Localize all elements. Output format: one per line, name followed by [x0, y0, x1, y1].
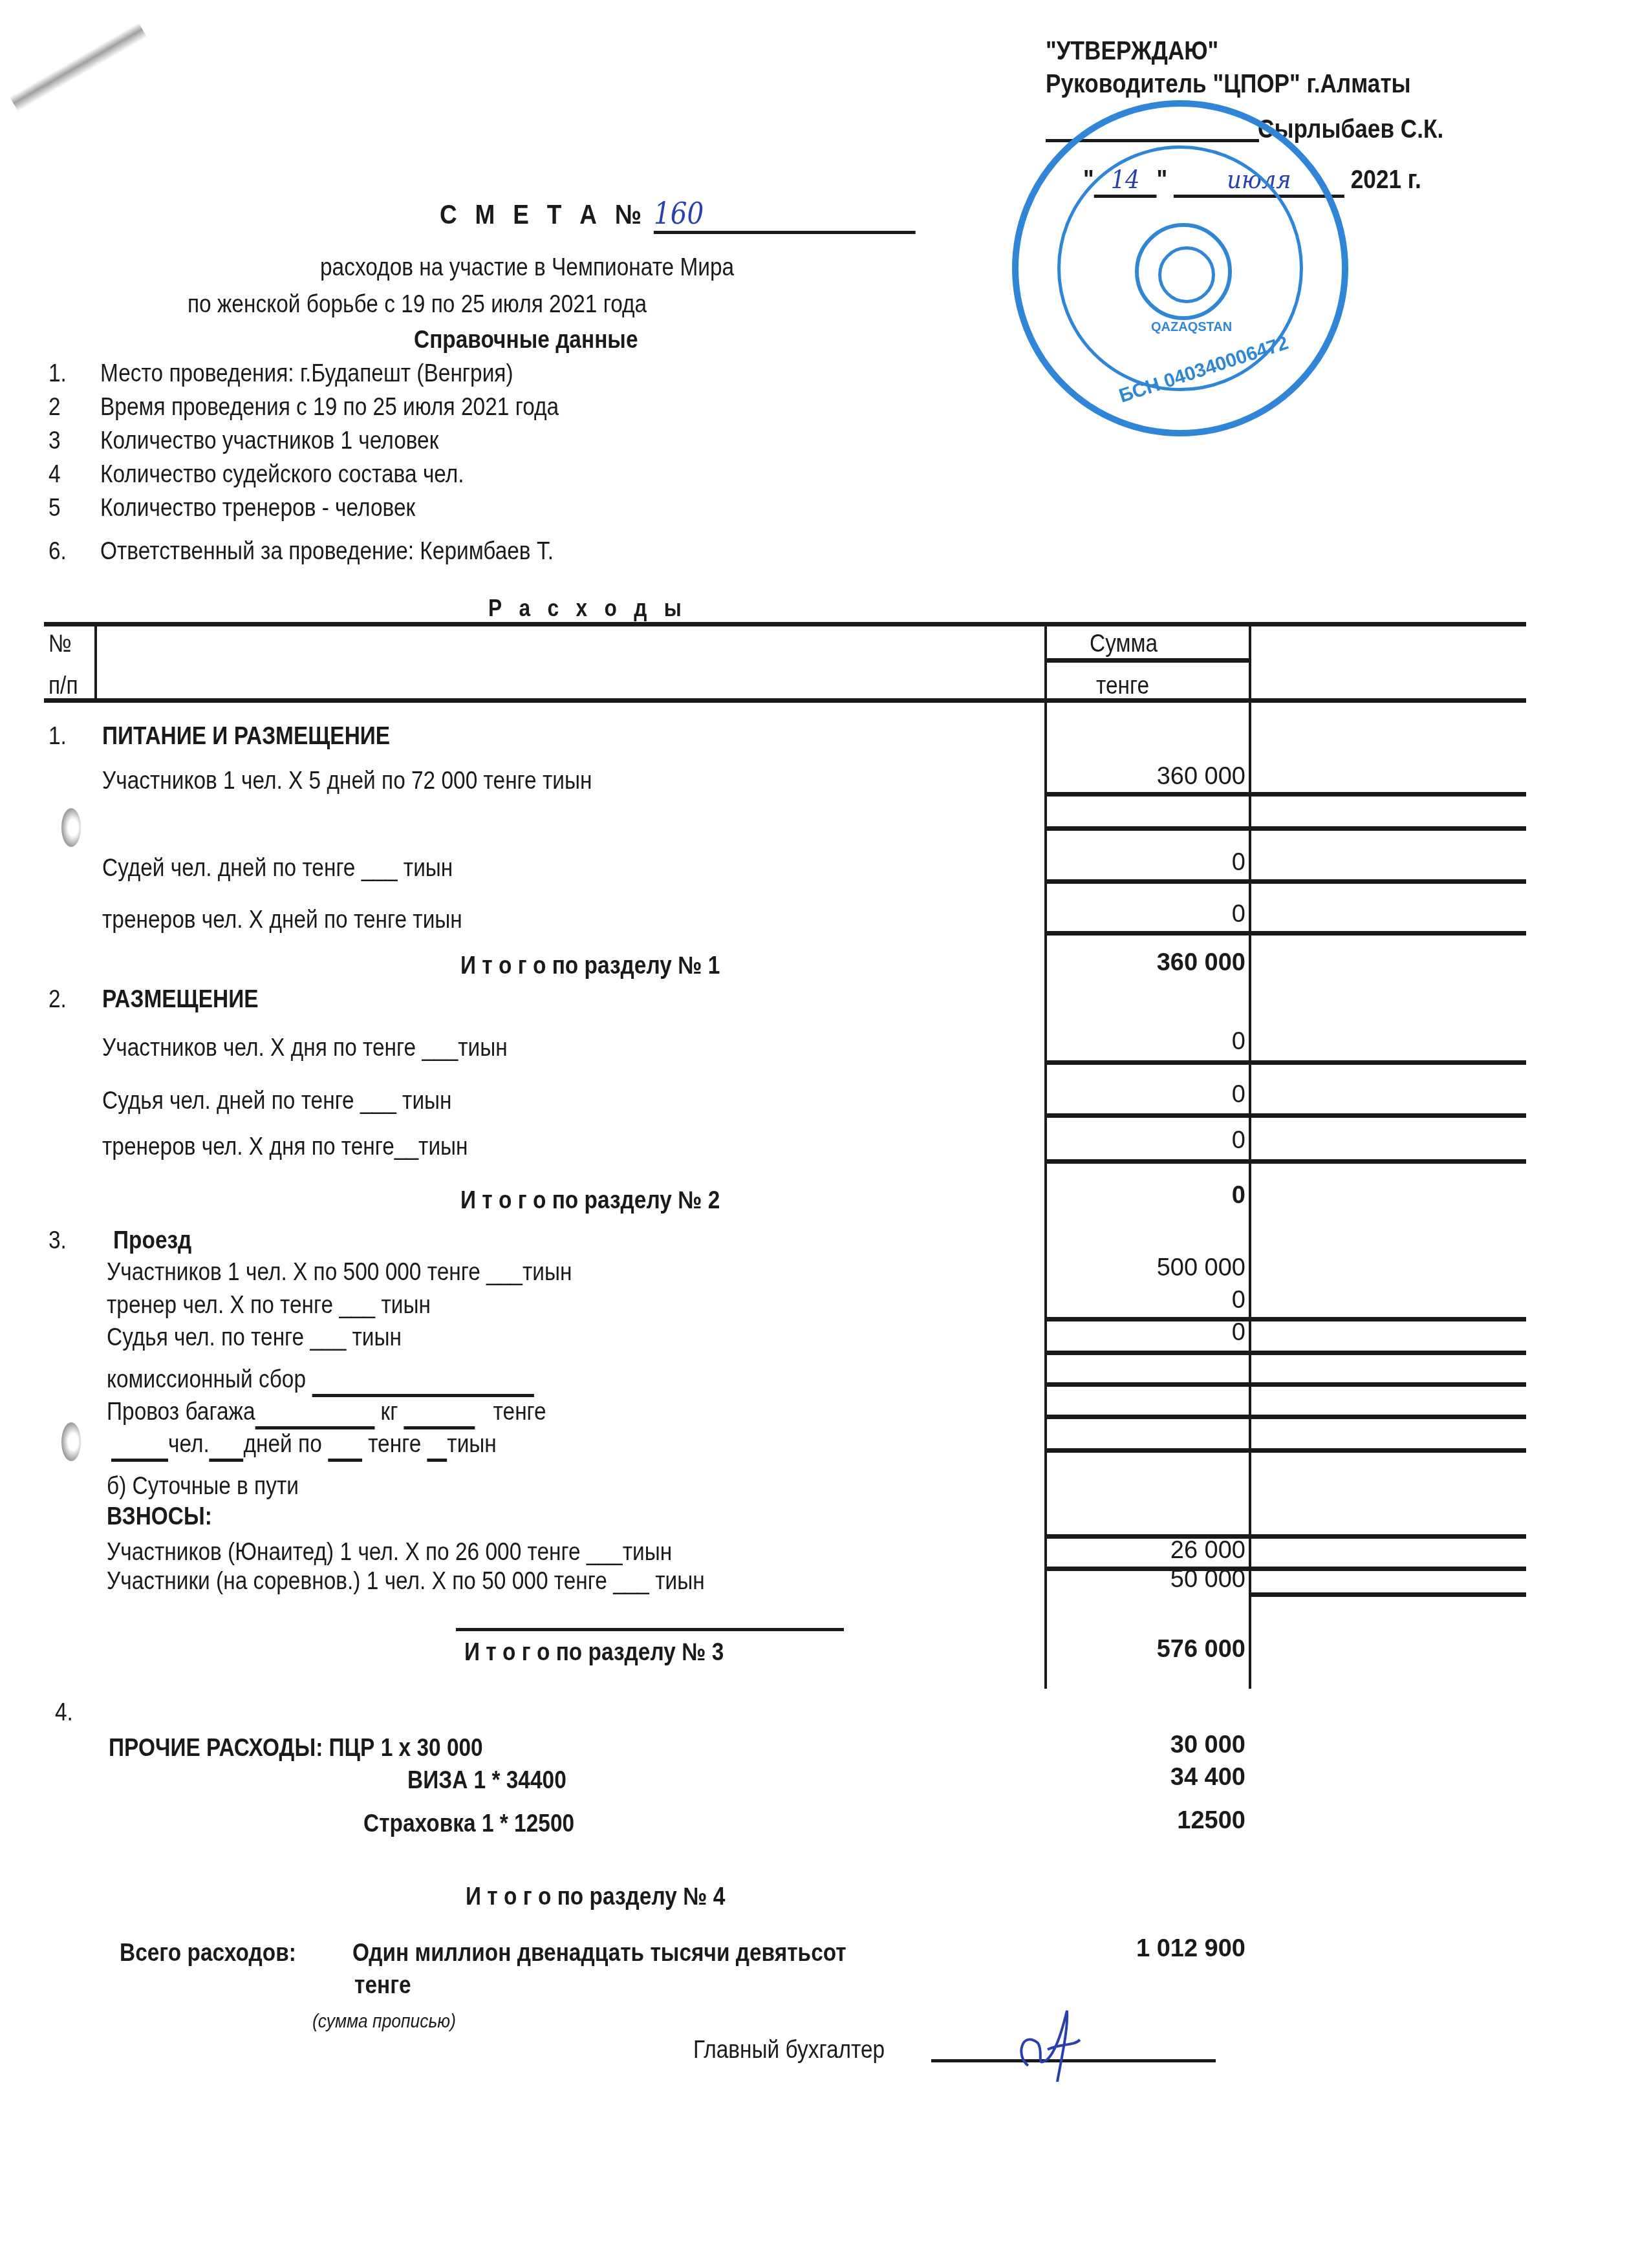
col-sum-label: Сумма: [1090, 630, 1158, 658]
signature-icon: [1009, 2004, 1099, 2088]
col-num-label: №: [48, 630, 72, 658]
row-amount: 0: [1232, 1028, 1245, 1056]
row-amount: 0: [1232, 1127, 1245, 1155]
row-amount: 30 000: [1170, 1731, 1245, 1759]
commission-row: комиссионный сбор: [107, 1366, 533, 1397]
row-amount: 0: [1232, 1081, 1245, 1109]
insurance-row: Страховка 1 * 12500: [363, 1810, 574, 1838]
approval-date-year: 2021 г.: [1351, 166, 1421, 194]
blank-row: чел. дней по тенге тиын: [111, 1431, 497, 1462]
amount-column-left-border: [1044, 625, 1047, 1689]
reference-item: Время проведения с 19 по 25 июля 2021 го…: [100, 394, 559, 422]
other-expenses-row: ПРОЧИЕ РАСХОДЫ: ПЦР 1 x 30 000: [109, 1735, 483, 1762]
section-1-total-label: И т о г о по разделу № 1: [460, 952, 720, 980]
section-3-total-label: И т о г о по разделу № 3: [464, 1639, 724, 1667]
row-amount: 12500: [1177, 1807, 1245, 1835]
table-row: Участников (Юнаитед) 1 чел. Х по 26 000 …: [107, 1539, 672, 1567]
row-amount: 0: [1232, 901, 1245, 928]
signature-label: Главный бухгалтер: [693, 2037, 885, 2064]
table-row: тренеров чел. Х дня по тенге__тиын: [102, 1133, 468, 1161]
reference-item: Количество судейского состава чел.: [100, 461, 464, 489]
subtitle-line1: расходов на участие в Чемпионате Мира: [320, 254, 734, 282]
table-row: Участники (на соревнов.) 1 чел. Х по 50 …: [107, 1568, 705, 1596]
table-row: Участников чел. Х дня по тенге ___тиын: [102, 1034, 508, 1062]
section-2-total: 0: [1232, 1182, 1245, 1210]
section-4-total-label: И т о г о по разделу № 4: [466, 1883, 725, 1911]
subtitle-line2: по женской борьбе с 19 по 25 июля 2021 г…: [188, 291, 647, 319]
reference-item: Количество тренеров - человек: [100, 495, 415, 522]
table-row: Участников 1 чел. Х 5 дней по 72 000 тен…: [102, 767, 592, 795]
row-amount: 26 000: [1170, 1537, 1245, 1565]
reference-item: Количество участников 1 человек: [100, 427, 438, 455]
section-2-total-label: И т о г о по разделу № 2: [460, 1187, 720, 1215]
document-number: 160: [654, 196, 916, 234]
commission-blank: [312, 1366, 533, 1397]
baggage-row: Провоз багажа кг тенге: [107, 1398, 546, 1429]
reference-item: Ответственный за проведение: Керимбаев Т…: [100, 538, 554, 566]
section-2-title: РАЗМЕЩЕНИЕ: [102, 986, 259, 1014]
row-amount: 360 000: [1157, 763, 1245, 791]
official-stamp: QAZAQSTAN БСН 040340006472: [1012, 100, 1348, 436]
scan-artifact: [10, 23, 147, 112]
section-3-title: Проезд: [113, 1227, 191, 1255]
row-amount: 500 000: [1157, 1254, 1245, 1282]
grand-total-words-2: тенге: [354, 1972, 411, 2000]
row-amount: 0: [1232, 1287, 1245, 1314]
daily-allowance-row: б) Суточные в пути: [107, 1473, 299, 1501]
table-row: Участников 1 чел. Х по 500 000 тенге ___…: [107, 1259, 572, 1287]
document-title: С М Е Т А № 160: [440, 196, 916, 234]
fees-title: ВЗНОСЫ:: [107, 1503, 212, 1531]
row-amount: 34 400: [1170, 1764, 1245, 1792]
approval-position: Руководитель "ЦПОР" г.Алматы: [1046, 70, 1411, 99]
row-amount: 0: [1232, 849, 1245, 877]
table-row: Судья чел. дней по тенге ___ тиын: [102, 1087, 452, 1115]
grand-total-label: Всего расходов:: [120, 1940, 296, 1967]
table-row: Судей чел. дней по тенге ___ тиын: [102, 855, 453, 883]
col-num-label-2: п/п: [48, 672, 78, 700]
section-1-title: ПИТАНИЕ И РАЗМЕЩЕНИЕ: [102, 723, 390, 751]
reference-item: Место проведения: г.Будапешт (Венгрия): [100, 360, 513, 388]
row-amount: 0: [1232, 1319, 1245, 1347]
visa-row: ВИЗА 1 * 34400: [407, 1767, 566, 1795]
section-3-total: 576 000: [1157, 1636, 1245, 1664]
amount-column-right-border: [1249, 625, 1251, 1689]
punch-hole: [61, 808, 81, 847]
emblem-icon: [1135, 223, 1232, 320]
expenses-heading: Р а с х о д ы: [488, 595, 687, 622]
grand-total-caption: (сумма прописью): [312, 2011, 456, 2033]
grand-total-amount: 1 012 900: [1136, 1935, 1245, 1963]
approval-title: "УТВЕРЖДАЮ": [1046, 37, 1218, 66]
reference-heading: Справочные данные: [414, 326, 638, 354]
grand-total-words: Один миллион двенадцать тысячи девятьсот: [352, 1940, 846, 1967]
table-row: тренеров чел. Х дней по тенге тиын: [102, 906, 462, 934]
table-row: тренер чел. Х по тенге ___ тиын: [107, 1292, 431, 1320]
col-sum-unit: тенге: [1096, 672, 1149, 700]
punch-hole: [61, 1422, 81, 1461]
row-amount: 50 000: [1170, 1566, 1245, 1594]
table-row: Судья чел. по тенге ___ тиын: [107, 1324, 402, 1352]
section-1-total: 360 000: [1157, 949, 1245, 977]
